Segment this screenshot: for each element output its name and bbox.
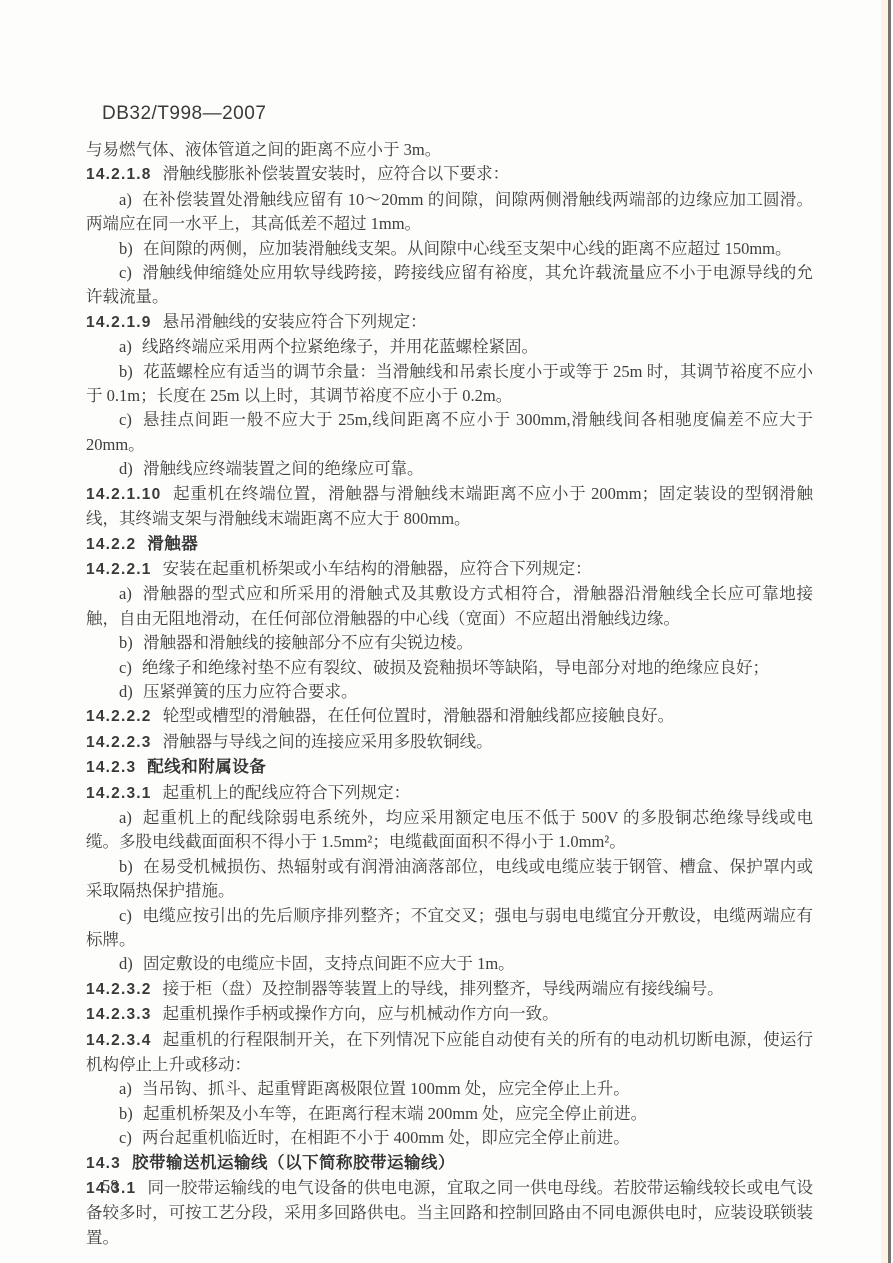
list-marker: a) [119,190,132,209]
paragraph-text: 滑触器 [147,535,198,553]
paragraph-text: 起重机操作手柄或操作方向，应与机械动作方向一致。 [163,1004,559,1023]
paragraph-text: 在间隙的两侧，应加装滑触线支架。从间隙中心线至支架中心线的距离不应超过 150m… [143,239,792,258]
document-body: 与易燃气体、液体管道之间的距离不应小于 3m。14.2.1.8滑触线膨胀补偿装置… [86,138,813,1250]
paragraph-text: 配线和附属设备 [147,758,266,776]
list-marker: a) [119,584,132,603]
list-marker: c) [119,410,132,429]
section-heading: 14.2.3配线和附属设备 [86,755,813,780]
paragraph: a)滑触器的型式应和所采用的滑触式及其敷设方式相符合，滑触器沿滑触线全长应可靠地… [86,582,813,631]
paragraph-text: 滑触器的型式应和所采用的滑触式及其敷设方式相符合，滑触器沿滑触线全长应可靠地接触… [86,584,813,627]
paragraph-text: 胶带输送机运输线（以下简称胶带运输线） [132,1154,455,1172]
paragraph: 14.2.1.9悬吊滑触线的安装应符合下列规定： [86,310,813,335]
paragraph: 14.2.2.1安装在起重机桥架或小车结构的滑触器，应符合下列规定： [86,557,813,582]
paragraph-text: 线路终端应采用两个拉紧绝缘子，并用花蓝螺栓紧固。 [142,337,538,356]
list-marker: d) [119,682,133,701]
paragraph: a)线路终端应采用两个拉紧绝缘子，并用花蓝螺栓紧固。 [86,335,813,359]
list-marker: d) [119,459,133,478]
list-marker: b) [119,1104,133,1123]
paragraph-text: 滑触线应终端装置之间的绝缘应可靠。 [143,459,424,478]
paragraph-text: 与易燃气体、液体管道之间的距离不应小于 3m。 [86,140,441,159]
paragraph: c)滑触线伸缩缝处应用软导线跨接，跨接线应留有裕度，其允许载流量应不小于电源导线… [86,261,813,310]
paragraph: d)压紧弹簧的压力应符合要求。 [86,680,813,704]
paragraph: a)当吊钩、抓斗、起重臂距离极限位置 100mm 处，应完全停止上升。 [86,1077,813,1101]
paragraph: 14.3.1同一胶带运输线的电气设备的供电电源，宜取之同一供电母线。若胶带运输线… [86,1176,813,1250]
list-marker: d) [119,954,133,973]
paragraph: 14.2.2.3滑触器与导线之间的连接应采用多股软铜线。 [86,730,813,755]
clause-number: 14.2.2.2 [86,708,152,725]
paragraph-text: 滑触线膨胀补偿装置安装时，应符合以下要求： [163,164,510,183]
paragraph-text: 滑触器和滑触线的接触部分不应有尖锐边棱。 [143,633,473,652]
paragraph: b)在易受机械损伤、热辐射或有润滑油滴落部位，电线或电缆应装于钢管、槽盒、保护罩… [86,855,813,904]
clause-number: 14.2.2.1 [86,561,152,578]
paragraph-text: 固定敷设的电缆应卡固，支持点间距不应大于 1m。 [143,954,515,973]
list-marker: b) [119,362,133,381]
paragraph-text: 在易受机械损伤、热辐射或有润滑油滴落部位，电线或电缆应装于钢管、槽盒、保护罩内或… [86,857,813,900]
paragraph: b)在间隙的两侧，应加装滑触线支架。从间隙中心线至支架中心线的距离不应超过 15… [86,237,813,261]
list-marker: b) [119,239,133,258]
paragraph: 14.2.3.2接于柜（盘）及控制器等装置上的导线，排列整齐，导线两端应有接线编… [86,977,813,1002]
paragraph-text: 接于柜（盘）及控制器等装置上的导线，排列整齐，导线两端应有接线编号。 [163,979,724,998]
paragraph: 14.2.2.2轮型或槽型的滑触器，在任何位置时，滑触器和滑触线都应接触良好。 [86,704,813,729]
list-marker: c) [119,263,132,282]
paragraph-text: 同一胶带运输线的电气设备的供电电源，宜取之同一供电母线。若胶带运输线较长或电气设… [86,1178,813,1247]
paragraph: b)起重机桥架及小车等，在距离行程末端 200mm 处，应完全停止前进。 [86,1102,813,1126]
paragraph-text: 滑触器与导线之间的连接应采用多股软铜线。 [163,732,493,751]
clause-number: 14.2.1.10 [86,486,161,503]
paragraph-text: 安装在起重机桥架或小车结构的滑触器，应符合下列规定： [163,559,592,578]
scan-edge-line [888,0,891,1263]
list-marker: c) [119,1128,132,1147]
paragraph-text: 轮型或槽型的滑触器，在任何位置时，滑触器和滑触线都应接触良好。 [163,706,675,725]
paragraph-text: 滑触线伸缩缝处应用软导线跨接，跨接线应留有裕度，其允许载流量应不小于电源导线的允… [86,263,813,306]
clause-number: 14.2.3.4 [86,1032,152,1049]
list-marker: b) [119,857,133,876]
section-heading: 14.2.2滑触器 [86,532,813,557]
paragraph: 14.2.3.4起重机的行程限制开关，在下列情况下应能自动使有关的所有的电动机切… [86,1028,813,1078]
list-marker: a) [119,337,132,356]
paragraph-text: 压紧弹簧的压力应符合要求。 [143,682,358,701]
scan-edge-shadow [881,0,888,1263]
clause-number: 14.2.3.1 [86,785,152,802]
paragraph: d)固定敷设的电缆应卡固，支持点间距不应大于 1m。 [86,952,813,976]
paragraph: c)绝缘子和绝缘衬垫不应有裂纹、破损及瓷釉损坏等缺陷，导电部分对地的绝缘应良好； [86,656,813,680]
paragraph-text: 起重机上的配线应符合下列规定： [163,783,411,802]
paragraph: c)悬挂点间距一般不应大于 25m,线间距离不应小于 300mm,滑触线间各相驰… [86,408,813,457]
paragraph-text: 当吊钩、抓斗、起重臂距离极限位置 100mm 处，应完全停止上升。 [142,1079,630,1098]
clause-number: 14.2.2.3 [86,734,152,751]
list-marker: b) [119,633,133,652]
paragraph: c)两台起重机临近时，在相距不小于 400mm 处，即应完全停止前进。 [86,1126,813,1150]
clause-number: 14.2.1.8 [86,166,152,183]
paragraph: a)在补偿装置处滑触线应留有 10～20mm 的间隙，间隙两侧滑触线两端部的边缘… [86,188,813,237]
clause-number: 14.2.2 [86,536,136,553]
paragraph-text: 悬吊滑触线的安装应符合下列规定： [163,312,427,331]
clause-number: 14.3 [86,1155,121,1172]
doc-code-header: DB32/T998—2007 [102,103,266,125]
paragraph: 14.2.1.10起重机在终端位置，滑触器与滑触线末端距离不应小于 200mm；… [86,482,813,532]
paragraph: 14.2.3.1起重机上的配线应符合下列规定： [86,781,813,806]
paragraph-text: 电缆应按引出的先后顺序排列整齐；不宜交叉；强电与弱电电缆宜分开敷设，电缆两端应有… [86,906,813,949]
paragraph-text: 悬挂点间距一般不应大于 25m,线间距离不应小于 300mm,滑触线间各相驰度偏… [86,410,813,453]
paragraph: a)起重机上的配线除弱电系统外，均应采用额定电压不低于 500V 的多股铜芯绝缘… [86,806,813,855]
section-heading: 14.3胶带输送机运输线（以下简称胶带运输线） [86,1151,813,1176]
paragraph-text: 在补偿装置处滑触线应留有 10～20mm 的间隙，间隙两侧滑触线两端部的边缘应加… [86,190,813,233]
paragraph-text: 起重机桥架及小车等，在距离行程末端 200mm 处，应完全停止前进。 [143,1104,647,1123]
clause-number: 14.2.1.9 [86,314,152,331]
paragraph-text: 起重机在终端位置，滑触器与滑触线末端距离不应小于 200mm；固定装设的型钢滑触… [86,484,813,528]
paragraph: 与易燃气体、液体管道之间的距离不应小于 3m。 [86,138,813,162]
list-marker: a) [119,808,132,827]
paragraph: b)花蓝螺栓应有适当的调节余量：当滑触线和吊索长度小于或等于 25m 时，其调节… [86,360,813,409]
list-marker: a) [119,1079,132,1098]
paragraph: 14.2.3.3起重机操作手柄或操作方向，应与机械动作方向一致。 [86,1002,813,1027]
list-marker: c) [119,658,132,677]
paragraph-text: 两台起重机临近时，在相距不小于 400mm 处，即应完全停止前进。 [142,1128,630,1147]
page-number: 58 [102,1176,119,1196]
paragraph-text: 绝缘子和绝缘衬垫不应有裂纹、破损及瓷釉损坏等缺陷，导电部分对地的绝缘应良好； [142,658,769,677]
paragraph: d)滑触线应终端装置之间的绝缘应可靠。 [86,457,813,481]
paragraph-text: 起重机上的配线除弱电系统外，均应采用额定电压不低于 500V 的多股铜芯绝缘导线… [86,808,813,851]
paragraph: 14.2.1.8滑触线膨胀补偿装置安装时，应符合以下要求： [86,162,813,187]
paragraph: b)滑触器和滑触线的接触部分不应有尖锐边棱。 [86,631,813,655]
paragraph-text: 花蓝螺栓应有适当的调节余量：当滑触线和吊索长度小于或等于 25m 时，其调节裕度… [86,362,813,405]
clause-number: 14.2.3 [86,759,136,776]
clause-number: 14.2.3.3 [86,1006,152,1023]
paragraph-text: 起重机的行程限制开关，在下列情况下应能自动使有关的所有的电动机切断电源，使运行机… [86,1030,813,1074]
document-page: DB32/T998—2007 与易燃气体、液体管道之间的距离不应小于 3m。14… [0,0,893,1263]
clause-number: 14.2.3.2 [86,981,152,998]
list-marker: c) [119,906,132,925]
paragraph: c)电缆应按引出的先后顺序排列整齐；不宜交叉；强电与弱电电缆宜分开敷设，电缆两端… [86,904,813,953]
